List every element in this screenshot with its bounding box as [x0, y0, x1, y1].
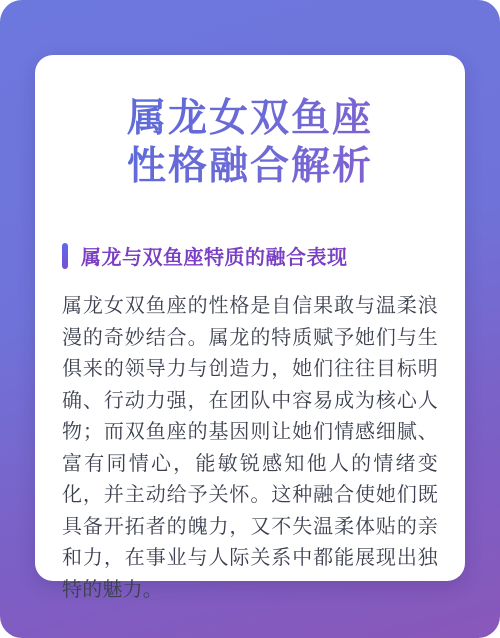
poster-title-line1: 属龙女双鱼座: [62, 95, 438, 143]
section-heading: 属龙与双鱼座特质的融合表现: [81, 241, 348, 270]
content-card: 属龙女双鱼座 性格融合解析 属龙与双鱼座特质的融合表现 属龙女双鱼座的性格是自信…: [35, 55, 465, 581]
accent-bar: [62, 243, 68, 269]
section-header: 属龙与双鱼座特质的融合表现: [62, 241, 438, 270]
poster-title: 属龙女双鱼座 性格融合解析: [62, 95, 438, 191]
body-paragraph: 属龙女双鱼座的性格是自信果敢与温柔浪漫的奇妙结合。属龙的特质赋予她们与生俱来的领…: [62, 291, 438, 606]
poster-title-line2: 性格融合解析: [62, 143, 438, 191]
